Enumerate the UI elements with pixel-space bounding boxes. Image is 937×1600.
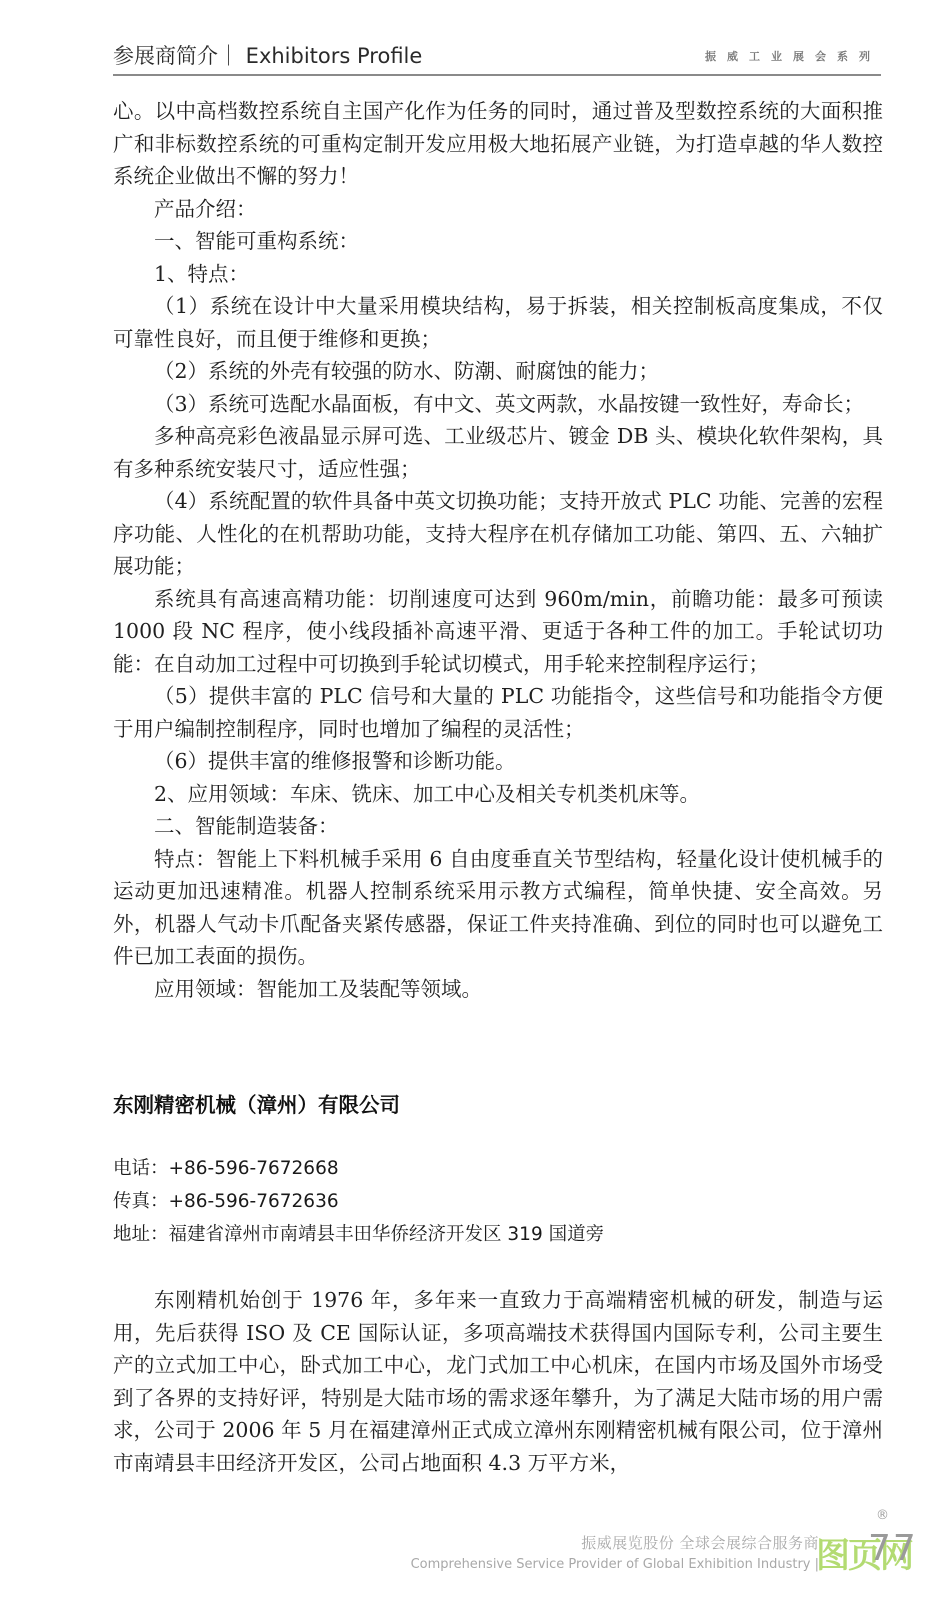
page-footer: 振威展览股份 全球会展综合服务商 Comprehensive Service P… — [411, 1532, 819, 1572]
system-heading: 一、智能可重构系统： — [113, 225, 883, 258]
address-row: 地址：福建省漳州市南靖县丰田华侨经济开发区 319 国道旁 — [113, 1218, 604, 1251]
feature-item: （6）提供丰富的维修报警和诊断功能。 — [113, 745, 883, 778]
phone-label: 电话： — [113, 1158, 169, 1179]
feature-item: 多种高亮彩色液晶显示屏可选、工业级芯片、镀金 DB 头、模块化软件架构，具有多种… — [113, 420, 883, 485]
feature-item: （4）系统配置的软件具备中英文切换功能；支持开放式 PLC 功能、完善的宏程序功… — [113, 485, 883, 583]
registered-mark-icon: ® — [876, 1508, 889, 1523]
product-body: 心。以中高档数控系统自主国产化作为任务的同时，通过普及型数控系统的大面积推广和非… — [113, 95, 883, 1005]
feature-item: （2）系统的外壳有较强的防水、防潮、耐腐蚀的能力； — [113, 355, 883, 388]
features-heading: 1、特点： — [113, 258, 883, 291]
company-contact: 电话：+86-596-7672668 传真：+86-596-7672636 地址… — [113, 1152, 604, 1251]
series-label: 振威工业展会系列 — [705, 48, 881, 64]
intro-continuation: 心。以中高档数控系统自主国产化作为任务的同时，通过普及型数控系统的大面积推广和非… — [113, 95, 883, 193]
company-description: 东刚精机始创于 1976 年，多年来一直致力于高端精密机械的研发，制造与运用，先… — [113, 1284, 883, 1479]
feature-item: 系统具有高速高精功能：切削速度可达到 960m/min，前瞻功能：最多可预读 1… — [113, 583, 883, 681]
page-header: 参展商简介｜ Exhibitors Profile 振威工业展会系列 — [113, 38, 881, 76]
phone-value: +86-596-7672668 — [169, 1158, 339, 1179]
feature-item: （3）系统可选配水晶面板，有中文、英文两款，水晶按键一致性好，寿命长； — [113, 388, 883, 421]
feature-item: （5）提供丰富的 PLC 信号和大量的 PLC 功能指令，这些信号和功能指令方便… — [113, 680, 883, 745]
fax-row: 传真：+86-596-7672636 — [113, 1185, 604, 1218]
fax-label: 传真： — [113, 1191, 169, 1212]
footer-tagline-cn: 振威展览股份 全球会展综合服务商 — [411, 1532, 819, 1553]
phone-row: 电话：+86-596-7672668 — [113, 1152, 604, 1185]
product-heading: 产品介绍： — [113, 193, 883, 226]
application-text: 2、应用领域：车床、铣床、加工中心及相关专机类机床等。 — [113, 778, 883, 811]
fax-value: +86-596-7672636 — [169, 1191, 339, 1212]
company-description-text: 东刚精机始创于 1976 年，多年来一直致力于高端精密机械的研发，制造与运用，先… — [113, 1284, 883, 1479]
equipment-features: 特点：智能上下料机械手采用 6 自由度垂直关节型结构，轻量化设计使机械手的运动更… — [113, 843, 883, 973]
feature-item: （1）系统在设计中大量采用模块结构，易于拆装，相关控制板高度集成，不仅可靠性良好… — [113, 290, 883, 355]
company-name: 东刚精密机械（漳州）有限公司 — [113, 1088, 400, 1118]
section-title: 参展商简介｜ Exhibitors Profile — [113, 40, 422, 70]
equipment-heading: 二、智能制造装备： — [113, 810, 883, 843]
equipment-application: 应用领域：智能加工及装配等领域。 — [113, 973, 883, 1006]
footer-tagline-en: Comprehensive Service Provider of Global… — [411, 1557, 819, 1572]
address-value: 福建省漳州市南靖县丰田华侨经济开发区 319 国道旁 — [169, 1224, 605, 1245]
address-label: 地址： — [113, 1224, 169, 1245]
page-number: 77 — [868, 1528, 918, 1569]
